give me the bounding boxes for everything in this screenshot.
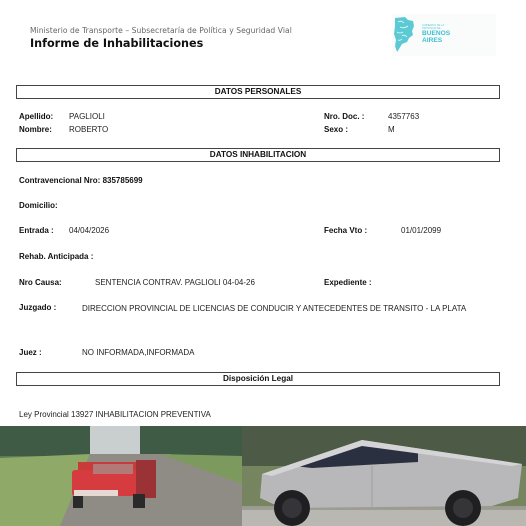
section-header-personal: DATOS PERSONALES <box>16 85 500 99</box>
logo-big-text: BUENOS AIRES <box>422 31 450 44</box>
ministry-subtitle: Ministerio de Transporte – Subsecretaría… <box>30 26 292 35</box>
fecha-vto-value: 01/01/2099 <box>401 226 441 235</box>
nombre-value: ROBERTO <box>69 125 108 134</box>
red-pickup-truck-photo <box>0 426 242 526</box>
doc-value: 4357763 <box>388 112 419 121</box>
apellido-label: Apellido: <box>19 112 53 121</box>
nro-causa-value: SENTENCIA CONTRAV. PAGLIOLI 04-04-26 <box>95 278 255 287</box>
apellido-value: PAGLIOLI <box>69 112 105 121</box>
nombre-label: Nombre: <box>19 125 52 134</box>
section-header-legal: Disposición Legal <box>16 372 500 386</box>
province-logo: Gobierno de la Provincia de BUENOS AIRES <box>392 14 496 56</box>
juzgado-value: DIRECCION PROVINCIAL DE LICENCIAS DE CON… <box>82 303 502 316</box>
fecha-vto-label: Fecha Vto : <box>324 226 367 235</box>
domicilio-label: Domicilio: <box>19 201 58 210</box>
section-header-inhabilitacion: DATOS INHABILITACION <box>16 148 500 162</box>
juez-value: NO INFORMADA,INFORMADA <box>82 348 194 357</box>
report-title: Informe de Inhabilitaciones <box>30 37 203 50</box>
photo-strip <box>0 426 526 526</box>
sexo-value: M <box>388 125 395 134</box>
entrada-label: Entrada : <box>19 226 54 235</box>
cybertruck-photo <box>242 426 526 526</box>
entrada-value: 04/04/2026 <box>69 226 109 235</box>
contravencional-number: Contravencional Nro: 835785699 <box>19 176 143 185</box>
expediente-label: Expediente : <box>324 278 372 287</box>
rehab-anticipada-label: Rehab. Anticipada : <box>19 252 93 261</box>
nro-causa-label: Nro Causa: <box>19 278 62 287</box>
sexo-label: Sexo : <box>324 125 348 134</box>
juez-label: Juez : <box>19 348 42 357</box>
doc-label: Nro. Doc. : <box>324 112 364 121</box>
juzgado-label: Juzgado : <box>19 303 56 312</box>
logo-line-2: AIRES <box>422 38 450 45</box>
legal-text: Ley Provincial 13927 INHABILITACION PREV… <box>19 410 211 419</box>
buenos-aires-province-map-icon <box>393 16 415 52</box>
